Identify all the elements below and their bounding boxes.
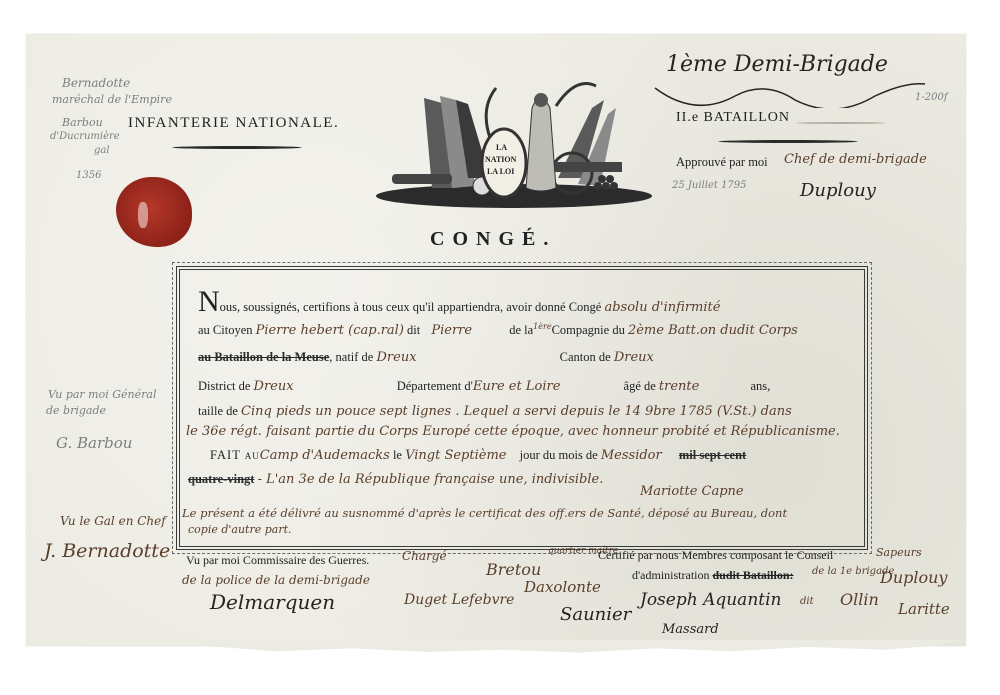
infanterie-nationale-title: INFANTERIE NATIONALE.	[128, 115, 339, 132]
signature-duget: Duget Lefebvre	[404, 592, 514, 608]
header-rule-right	[718, 140, 858, 143]
body-line-8: quatre-vingt - L'an 3e de la République …	[188, 472, 603, 487]
margin-de-brigade: de brigade	[46, 404, 106, 417]
pencil-note-bernadotte: Bernadotte	[62, 76, 130, 90]
commissaire-police: de la police de la demi-brigade	[182, 573, 370, 587]
signature-dit: dit	[800, 596, 814, 607]
demi-brigade-heading: 1ème Demi-Brigade	[666, 52, 888, 77]
signature-ollin: Ollin	[840, 590, 879, 609]
pencil-price: 1-200f	[915, 92, 948, 103]
liberty-figure-icon: LA NATION LA LOI	[372, 78, 656, 213]
body-line-10: copie d'autre part.	[188, 522, 292, 537]
signature-duplouy: Duplouy	[880, 568, 947, 587]
signature-delmarquen: Delmarquen	[210, 590, 335, 614]
pencil-note-marechal: maréchal de l'Empire	[52, 93, 172, 106]
captain-signature: Mariotte Capne	[640, 484, 744, 499]
conge-title: CONGÉ.	[430, 228, 556, 251]
certifie-label: Certifié par nous Membres composant le C…	[598, 548, 833, 563]
header-rule-left	[172, 146, 302, 149]
torn-paper-edge	[200, 640, 960, 654]
body-line-3: au Bataillon de la Meuse, natif de Dreux…	[198, 350, 654, 365]
approval-signature: Duplouy	[800, 180, 876, 201]
dropcap: N	[198, 285, 220, 318]
republican-vignette: LA NATION LA LOI	[372, 78, 656, 213]
svg-text:LA: LA	[496, 143, 507, 152]
svg-text:NATION: NATION	[485, 155, 517, 164]
commissaire-charge: Chargé	[402, 549, 447, 563]
pencil-note-ducrumiere: d'Ducrumière	[50, 131, 120, 142]
bataillon-heading: II.e BATAILLON	[676, 110, 790, 126]
flourish-underline-icon	[650, 78, 930, 108]
bernadotte-signature: J. Bernadotte	[44, 540, 170, 562]
signature-daxolonte: Daxolonte	[524, 578, 601, 596]
sapeurs-note: Sapeurs	[876, 546, 922, 559]
approval-handwritten: Chef de demi-brigade	[784, 152, 927, 167]
pencil-note-barbou: Barbou	[62, 116, 103, 129]
pencil-date: 25 Juillet 1795	[672, 180, 747, 191]
approval-label: Approuvé par moi	[676, 155, 768, 170]
pencil-note-gal: gal	[94, 145, 110, 156]
margin-vu-gal-en-chef: Vu le Gal en Chef	[60, 514, 166, 528]
pencil-note-number: 1356	[76, 170, 101, 181]
signature-bretou: Bretou	[486, 560, 541, 579]
certificate-frame: Nous, soussignés, certifions à tous ceux…	[176, 266, 868, 550]
body-line-6: le 36e régt. faisant partie du Corps Eur…	[186, 424, 840, 439]
body-line-7: FAIT auCamp d'Audemacks le Vingt Septièm…	[210, 448, 746, 463]
body-line-1: Nous, soussignés, certifions à tous ceux…	[198, 292, 720, 315]
administration-label: d'administration dudit Bataillon:	[632, 568, 794, 583]
signature-saunier: Saunier	[560, 604, 631, 625]
body-line-9: Le présent a été délivré au susnommé d'a…	[182, 506, 787, 521]
signature-aquantin: Joseph Aquantin	[640, 590, 781, 610]
body-line-5: taille de Cinq pieds un pouce sept ligne…	[198, 404, 792, 419]
body-line-4: District de Dreux Département d'Eure et …	[198, 379, 770, 394]
signature-laritte: Laritte	[898, 600, 950, 618]
bataillon-blank-line	[796, 122, 886, 124]
commissaire-label: Vu par moi Commissaire des Guerres.	[186, 553, 369, 568]
red-wax-seal	[116, 177, 192, 247]
margin-vu-general: Vu par moi Général	[48, 388, 156, 401]
margin-barbou-signature: G. Barbou	[56, 434, 132, 452]
signature-massard: Massard	[662, 622, 719, 637]
body-line-2: au Citoyen Pierre hebert (cap.ral) dit P…	[198, 322, 798, 338]
svg-text:LA LOI: LA LOI	[487, 167, 514, 176]
